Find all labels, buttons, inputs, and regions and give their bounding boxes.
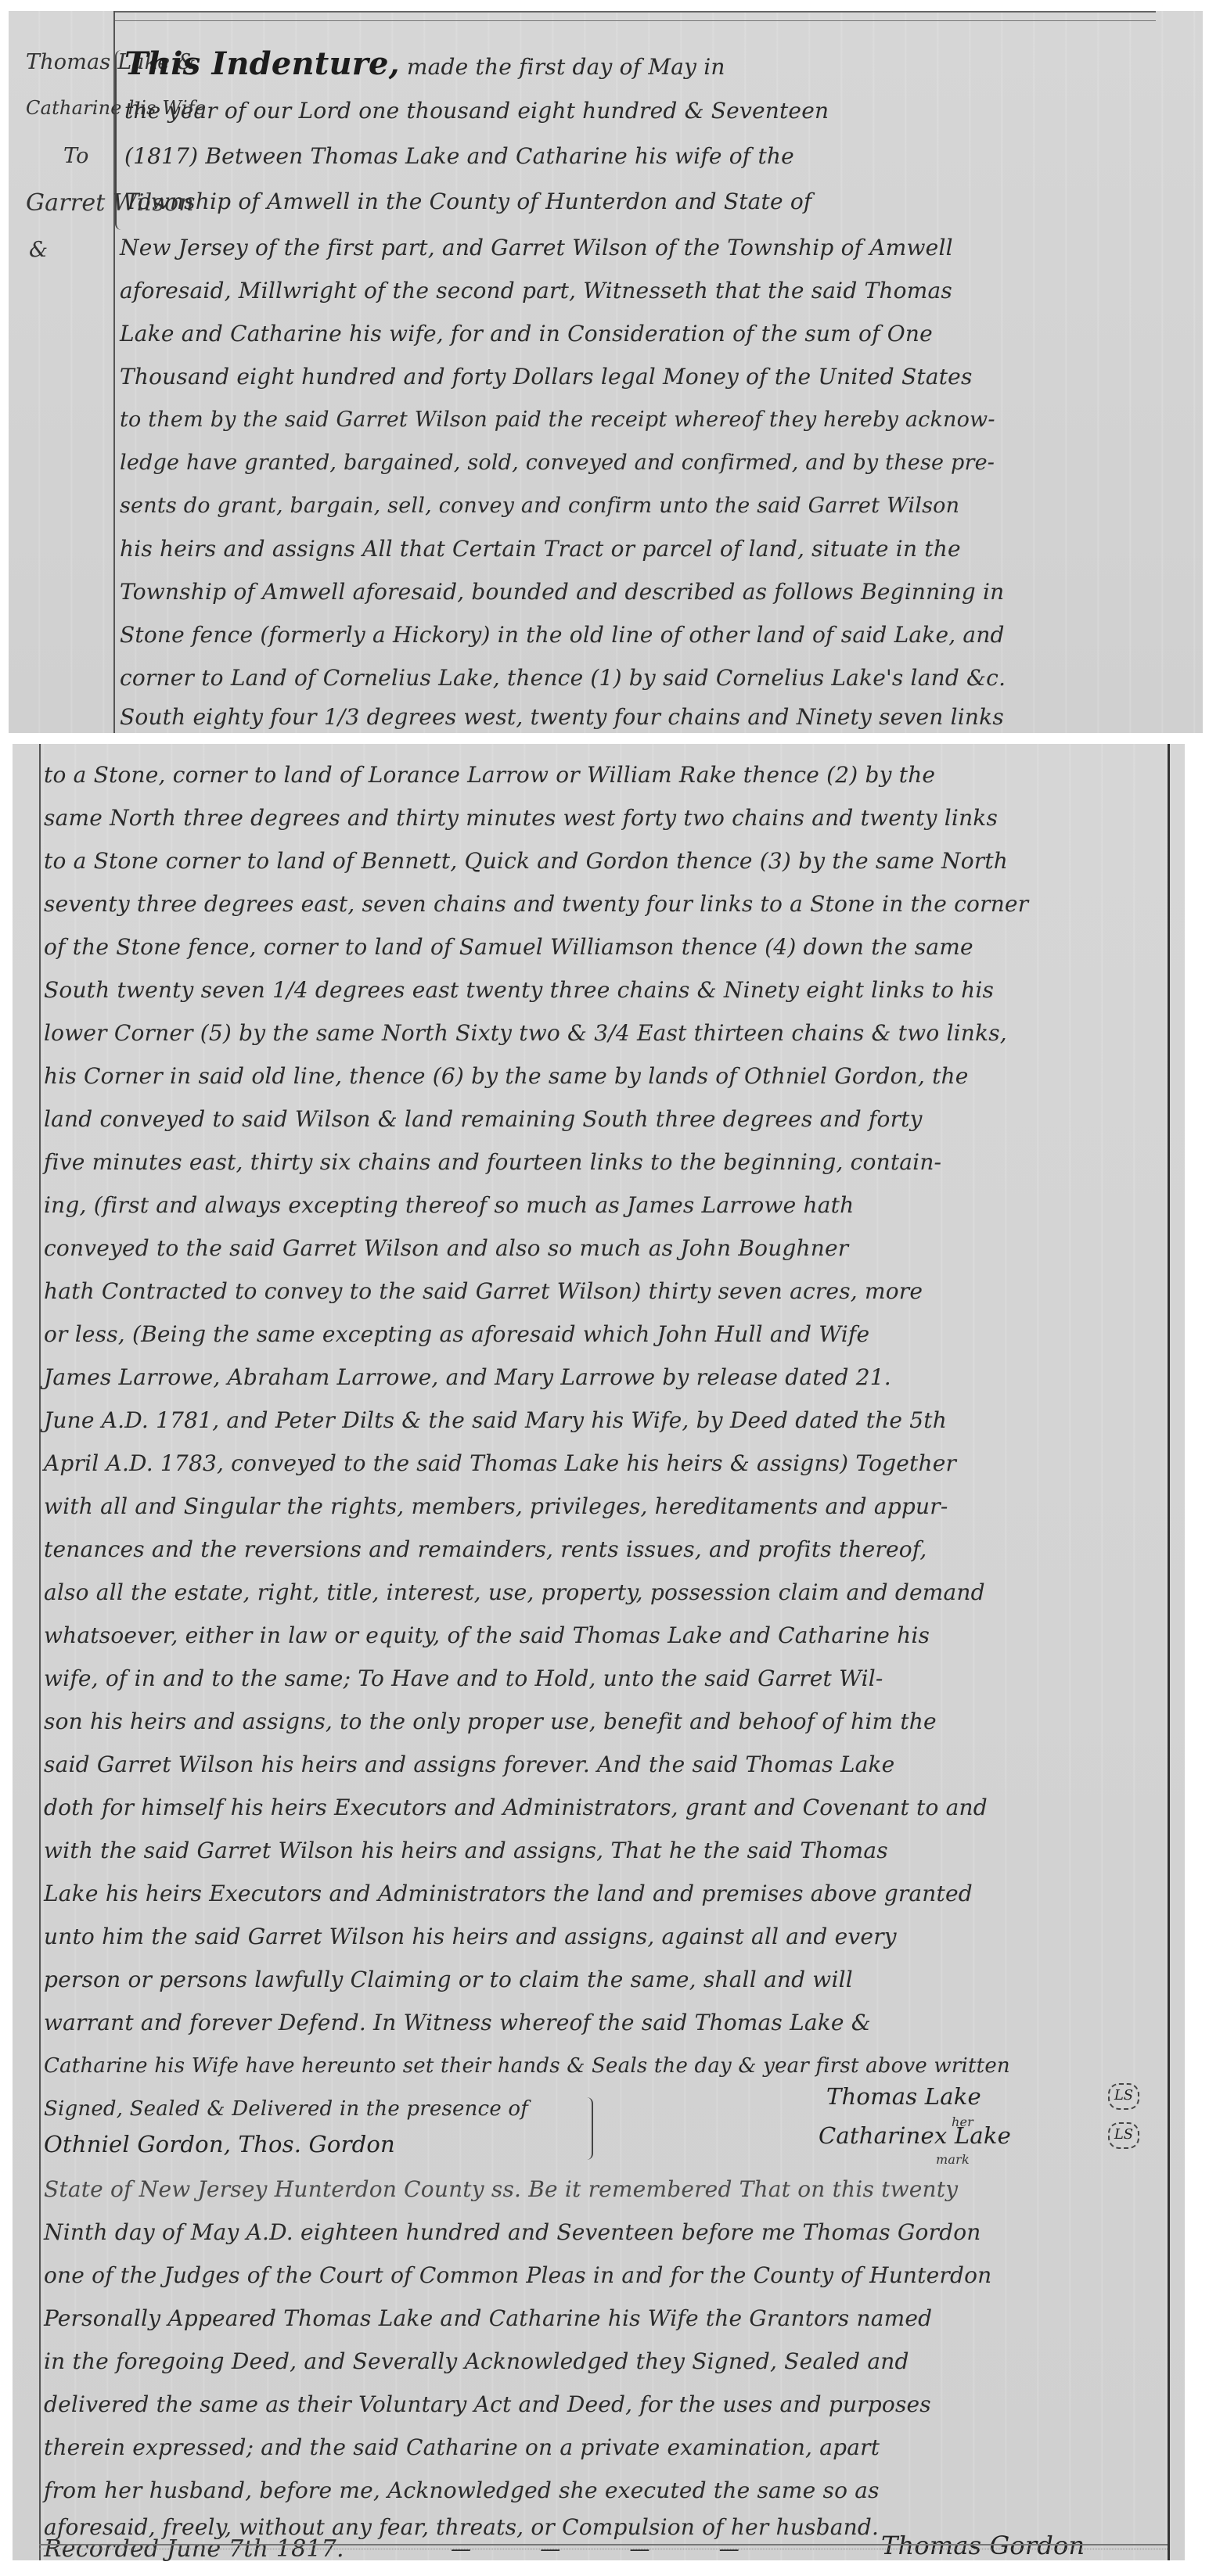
deed-line: Lake and Catharine his wife, for and in … xyxy=(120,320,933,348)
deed-line: seventy three degrees east, seven chains… xyxy=(44,890,1028,918)
ack-line: from her husband, before me, Acknowledge… xyxy=(44,2477,880,2505)
deed-line: This Indenture, made the first day of Ma… xyxy=(124,50,725,81)
deed-line: ing, (first and always excepting thereof… xyxy=(44,1191,854,1220)
signature-thomas-lake: Thomas Lake xyxy=(826,2083,981,2110)
witness-brace xyxy=(584,2097,593,2160)
seal-icon: LS xyxy=(1108,2122,1139,2149)
deed-line: Catharine his Wife have hereunto set the… xyxy=(44,2052,1010,2080)
header-rule xyxy=(113,11,1156,21)
deed-line: with all and Singular the rights, member… xyxy=(44,1493,948,1521)
deed-line: conveyed to the said Garret Wilson and a… xyxy=(44,1234,848,1263)
mark-x: x xyxy=(934,2122,948,2149)
deed-line: the year of our Lord one thousand eight … xyxy=(124,97,829,125)
deed-line: five minutes east, thirty six chains and… xyxy=(44,1148,941,1177)
deed-line: warrant and forever Defend. In Witness w… xyxy=(44,2009,871,2037)
deed-line: corner to Land of Cornelius Lake, thence… xyxy=(120,664,1006,692)
deed-line: also all the estate, right, title, inter… xyxy=(44,1579,985,1607)
indenture-heading: This Indenture, xyxy=(124,45,400,82)
deed-line: lower Corner (5) by the same North Sixty… xyxy=(44,1019,1007,1047)
deed-line: sents do grant, bargain, sell, convey an… xyxy=(120,492,959,520)
deed-line: ledge have granted, bargained, sold, con… xyxy=(120,449,995,477)
deed-line: tenances and the reversions and remainde… xyxy=(44,1536,927,1564)
signature-catharine-lake: Catharinex Lake xyxy=(819,2122,1011,2149)
deed-line: son his heirs and assigns, to the only p… xyxy=(44,1708,937,1736)
caption-brace xyxy=(115,50,124,230)
deed-line: Lake his heirs Executors and Administrat… xyxy=(44,1880,973,1908)
deed-line: Township of Amwell aforesaid, bounded an… xyxy=(120,578,1004,606)
recorded-dashes: — — — — xyxy=(451,2535,771,2563)
deed-line: unto him the said Garret Wilson his heir… xyxy=(44,1923,897,1951)
deed-line: his Corner in said old line, thence (6) … xyxy=(44,1062,969,1090)
ack-line: State of New Jersey Hunterdon County ss.… xyxy=(44,2175,958,2204)
deed-line: of the Stone fence, corner to land of Sa… xyxy=(44,933,973,961)
deed-line: to them by the said Garret Wilson paid t… xyxy=(120,406,995,434)
recorded-date: Recorded June 7th 1817. xyxy=(44,2535,344,2563)
ack-line: Ninth day of May A.D. eighteen hundred a… xyxy=(44,2219,981,2247)
deed-line: James Larrowe, Abraham Larrowe, and Mary… xyxy=(44,1363,891,1392)
deed-line: hath Contracted to convey to the said Ga… xyxy=(44,1277,923,1306)
deed-line: wife, of in and to the same; To Have and… xyxy=(44,1665,883,1693)
margin-ampersand: & xyxy=(29,238,48,262)
deed-line: South eighty four 1/3 degrees west, twen… xyxy=(120,703,1004,731)
deed-line: Thousand eight hundred and forty Dollars… xyxy=(120,363,973,391)
deed-line: June A.D. 1781, and Peter Dilts & the sa… xyxy=(44,1407,947,1435)
witness-names: Othniel Gordon, Thos. Gordon xyxy=(44,2130,395,2158)
right-margin-line xyxy=(1168,744,1170,2560)
ack-line: therein expressed; and the said Catharin… xyxy=(44,2434,880,2462)
deed-line: person or persons lawfully Claiming or t… xyxy=(44,1966,853,1994)
deed-line: (1817) Between Thomas Lake and Catharine… xyxy=(124,142,794,171)
deed-line: his heirs and assigns All that Certain T… xyxy=(120,535,961,563)
mark-label: mark xyxy=(936,2152,970,2167)
left-margin-line xyxy=(39,744,41,2560)
deed-line: aforesaid, Millwright of the second part… xyxy=(120,277,952,305)
deed-line: same North three degrees and thirty minu… xyxy=(44,804,998,832)
margin-to: To xyxy=(63,144,89,168)
ack-line: one of the Judges of the Court of Common… xyxy=(44,2262,991,2290)
deed-line: April A.D. 1783, conveyed to the said Th… xyxy=(44,1450,956,1478)
deed-line: land conveyed to said Wilson & land rema… xyxy=(44,1105,923,1134)
footer-rule xyxy=(39,2544,1168,2549)
deed-line: whatsoever, either in law or equity, of … xyxy=(44,1622,930,1650)
witness-heading: Signed, Sealed & Delivered in the presen… xyxy=(44,2095,528,2123)
seal-icon: LS xyxy=(1108,2083,1139,2110)
deed-line: New Jersey of the first part, and Garret… xyxy=(120,234,953,262)
deed-line: Stone fence (formerly a Hickory) in the … xyxy=(120,621,1005,649)
deed-line: doth for himself his heirs Executors and… xyxy=(44,1794,988,1822)
deed-line: South twenty seven 1/4 degrees east twen… xyxy=(44,976,994,1004)
deed-line: Township of Amwell in the County of Hunt… xyxy=(124,188,812,216)
deed-line: or less, (Being the same excepting as af… xyxy=(44,1320,869,1349)
deed-page-bottom: to a Stone, corner to land of Lorance La… xyxy=(13,744,1185,2560)
ack-line: in the foregoing Deed, and Severally Ack… xyxy=(44,2348,909,2376)
deed-page-top: Thomas Lake & Catharine his Wife To Garr… xyxy=(9,11,1203,733)
deed-line: to a Stone corner to land of Bennett, Qu… xyxy=(44,847,1008,875)
ack-line: delivered the same as their Voluntary Ac… xyxy=(44,2391,931,2419)
deed-line: to a Stone, corner to land of Lorance La… xyxy=(44,761,935,789)
ack-line: Personally Appeared Thomas Lake and Cath… xyxy=(44,2305,932,2333)
deed-line: said Garret Wilson his heirs and assigns… xyxy=(44,1751,894,1779)
deed-line: with the said Garret Wilson his heirs an… xyxy=(44,1837,888,1865)
